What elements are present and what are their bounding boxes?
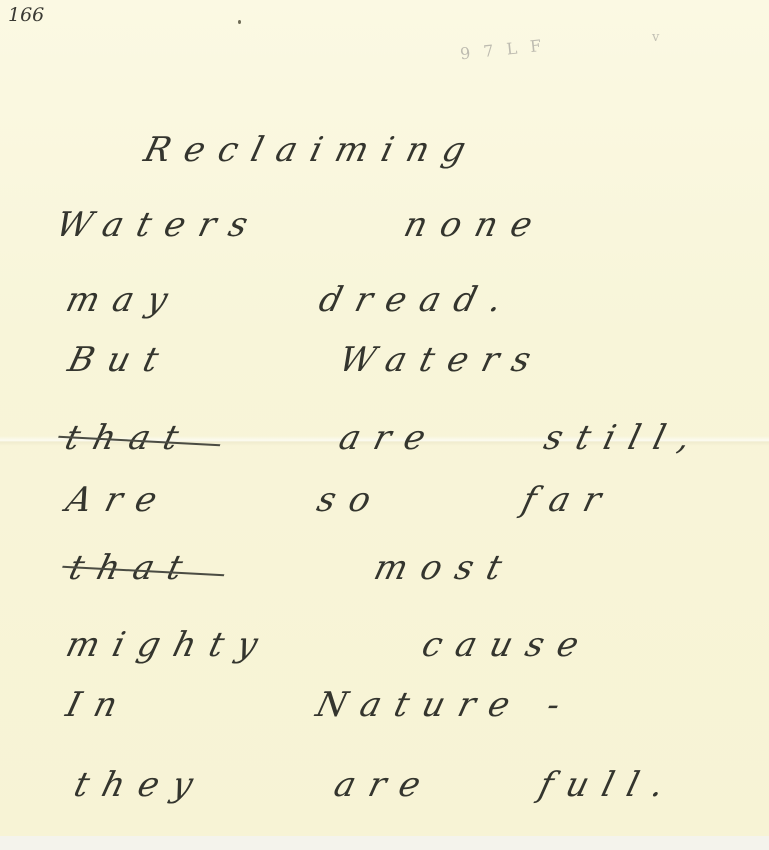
poem-word: Nature - (312, 685, 578, 725)
struck-word: that (65, 548, 200, 588)
scan-margin (0, 836, 769, 850)
poem-word: dread. (315, 280, 520, 320)
poem-word: full. (535, 765, 682, 805)
paper-speck (238, 20, 241, 24)
poem-word: they (70, 765, 211, 805)
poem-word: far (518, 480, 619, 520)
poem-word: are (330, 765, 439, 805)
poem-line: thatmost (0, 548, 130, 588)
poem-word: still, (540, 418, 709, 458)
page-number: 166 (8, 4, 44, 26)
poem-word: so (313, 480, 389, 520)
poem-word: Waters (52, 205, 266, 245)
poem-line: thatarestill, (0, 418, 130, 458)
poem-word: Reclaiming (140, 130, 484, 170)
poem-word: In (62, 685, 135, 725)
poem-word: may (62, 280, 186, 320)
poem-word: Waters (335, 340, 549, 380)
poem-word: Are (62, 480, 175, 520)
archive-pencil-mark: 9 7 L F (459, 36, 546, 64)
poem-word: But (64, 340, 177, 380)
archive-tick-mark: v (652, 30, 659, 45)
poem-word: are (335, 418, 444, 458)
poem-word: mighty (62, 625, 276, 665)
poem-word: most (370, 548, 520, 588)
manuscript-page: 166 9 7 L F v ReclaimingWatersnonemaydre… (0, 0, 769, 836)
poem-word: cause (418, 625, 597, 665)
poem-word: none (400, 205, 550, 245)
struck-word: that (61, 418, 196, 458)
